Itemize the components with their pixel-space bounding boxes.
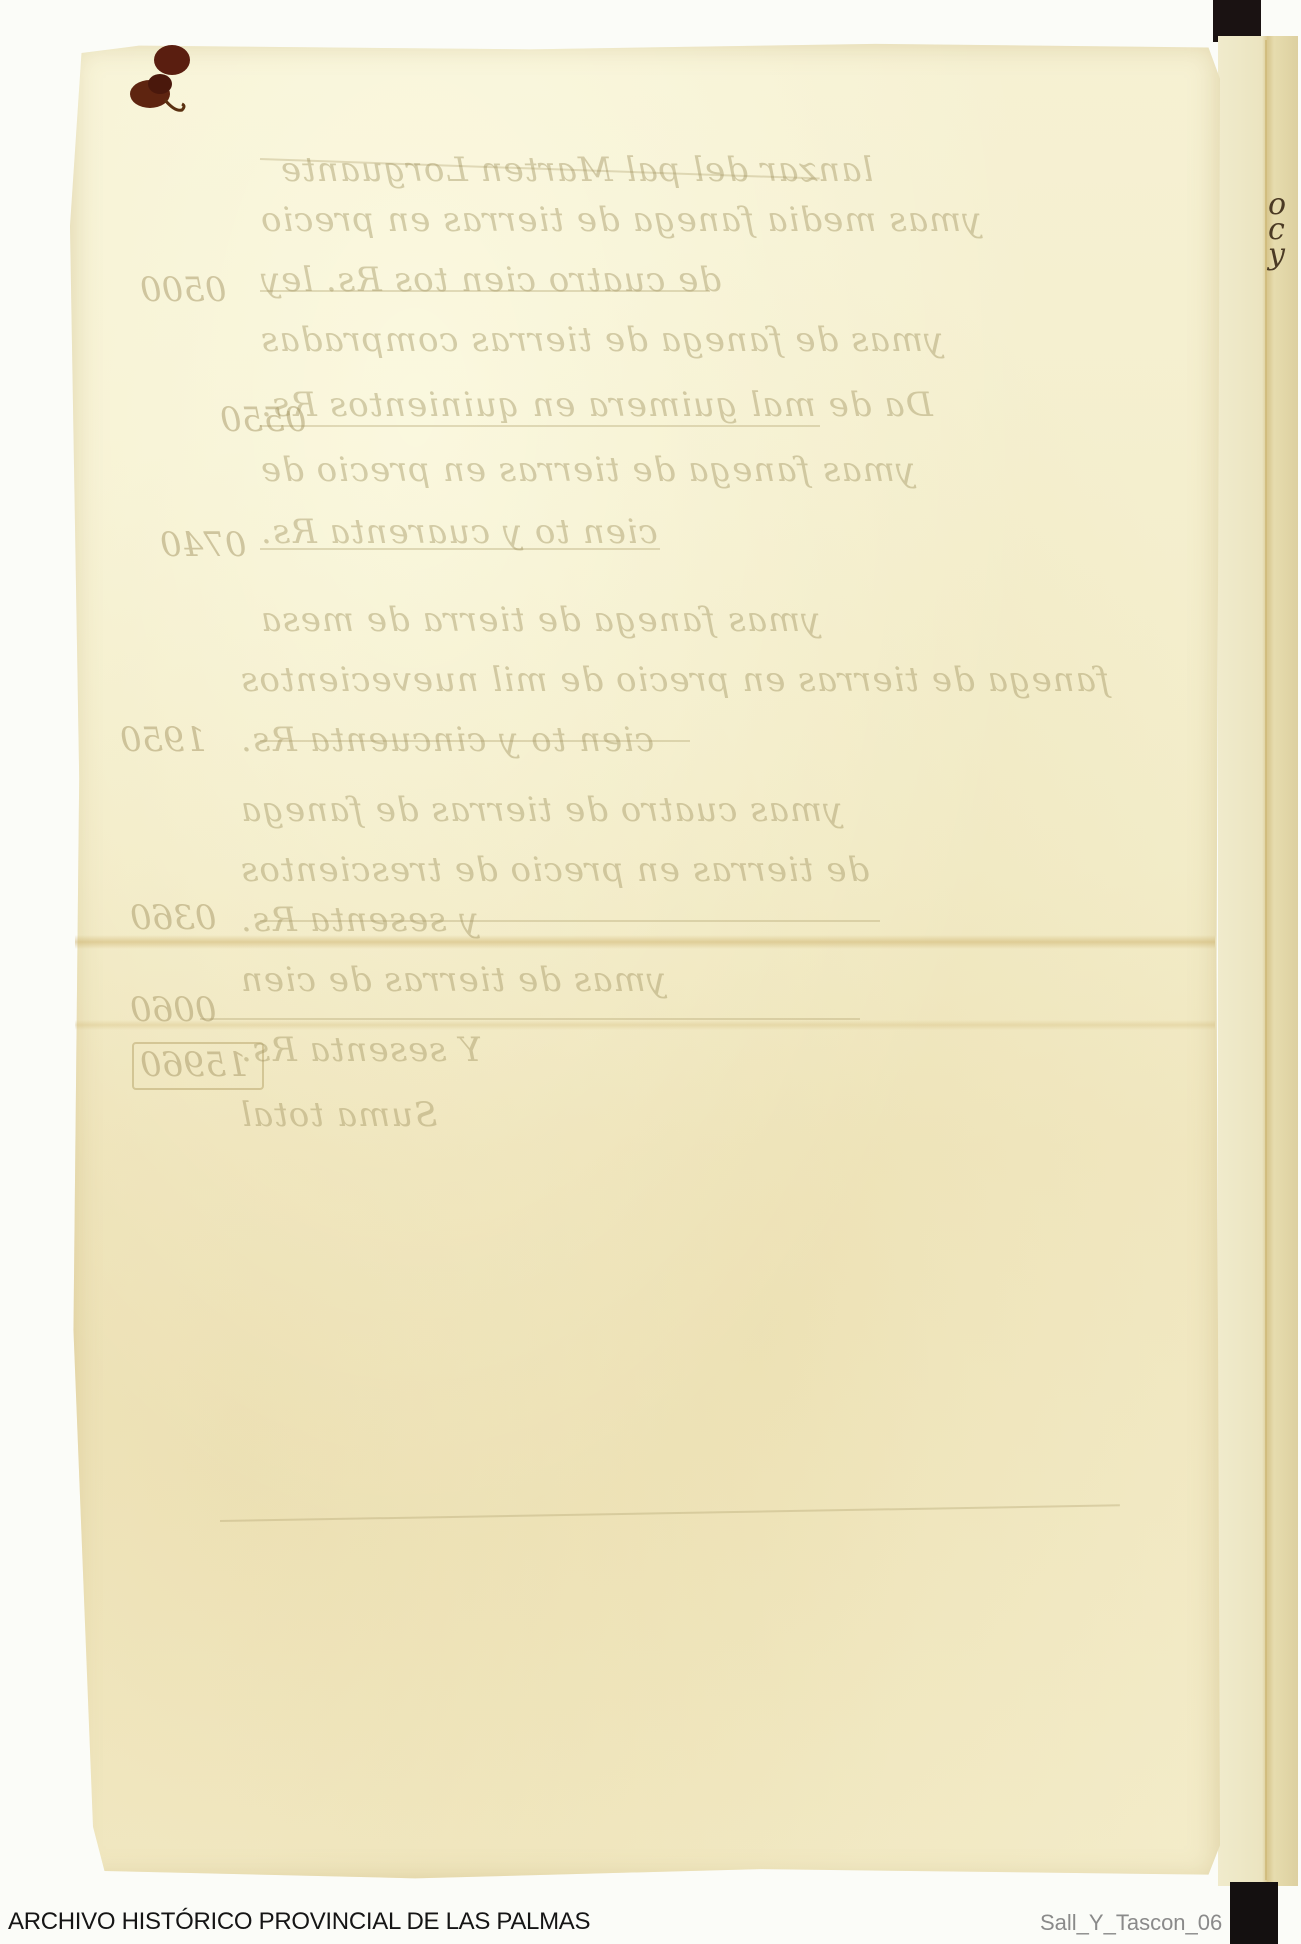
bleed-through-line: ymas de fanega de tierras compradas xyxy=(260,320,943,360)
ledger-amount: 0060 xyxy=(130,990,217,1030)
bleed-through-line: ymas cuatro de tierras de fanega xyxy=(240,790,842,830)
bleed-through-line: de tierras en precio de trescientos xyxy=(240,850,869,890)
bleed-through-line: fanega de tierras en precio de mil nueve… xyxy=(240,660,1110,700)
ruled-line xyxy=(260,425,820,427)
ledger-amount: 0740 xyxy=(160,525,247,565)
document-scan: o c y 0500 0550 0740 1950 0360 0060 1596… xyxy=(0,0,1301,1944)
spine-edge-line xyxy=(1265,40,1267,1880)
ruled-line xyxy=(200,1018,860,1020)
margin-mark: y xyxy=(1268,240,1298,270)
ink-blot-icon xyxy=(120,40,210,130)
bleed-through-line: ymas media fanega de tierras en precio xyxy=(260,200,982,240)
bleed-through-line: cien to y cincuenta Rs. xyxy=(240,720,654,760)
ledger-total: 15960 xyxy=(140,1045,248,1085)
ledger-amount: 1950 xyxy=(120,720,207,760)
bleed-through-line: Da de mal guimera en quinientos Rs. xyxy=(260,385,933,425)
ledger-amount: 0360 xyxy=(130,898,217,938)
bleed-through-line: ymas fanega de tierras en precio de xyxy=(260,450,915,490)
bleed-through-line: y sesenta Rs. xyxy=(240,900,479,940)
ledger-amount: 0500 xyxy=(140,270,227,310)
bleed-through-line: Y sesenta Rs. xyxy=(240,1030,482,1070)
binding-strip-bottom xyxy=(1230,1882,1278,1944)
archive-caption: ARCHIVO HISTÓRICO PROVINCIAL DE LAS PALM… xyxy=(8,1908,590,1936)
fold-crease-secondary xyxy=(75,1020,1215,1030)
bleed-through-line: cien to y cuarenta Rs. xyxy=(260,512,658,552)
bleed-through-line: Suma total xyxy=(240,1095,437,1135)
bleed-through-line: ymas de tierras de cien xyxy=(240,960,666,1000)
bleed-through-line: lanzar del pal Marten Lorguante xyxy=(280,150,873,190)
bleed-through-paragraph-line xyxy=(230,1150,242,1190)
adjacent-leaf-spine xyxy=(1218,36,1298,1886)
bleed-through-line: de cuatro cien tos Rs. ley xyxy=(260,260,721,300)
bleed-through-line: ymas fanega de tierra de mesa xyxy=(260,600,820,640)
file-id-label: Sall_Y_Tascon_06 xyxy=(1040,1910,1230,1936)
